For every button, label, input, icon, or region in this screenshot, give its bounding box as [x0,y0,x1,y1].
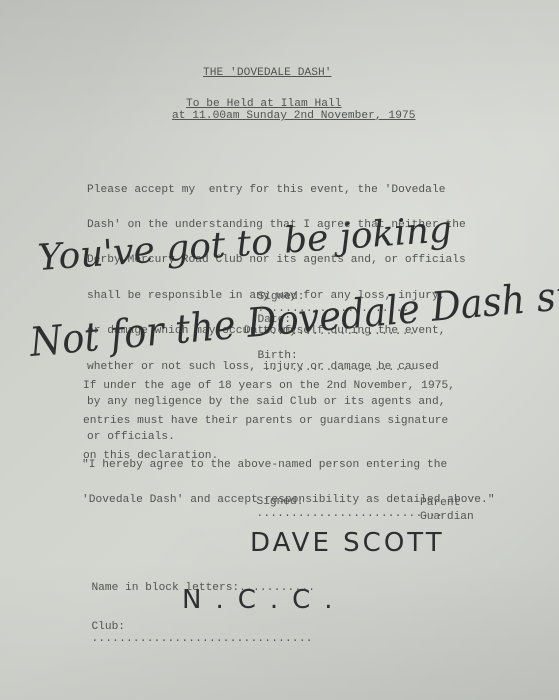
parent-label: Parent [420,497,460,509]
club-label: Club: [91,621,125,633]
handwritten-name: DAVE SCOTT [250,528,445,558]
handwritten-club: N.C.C. [182,585,347,615]
guardian-signed-field: Signed: ........................... [243,484,443,520]
event-datetime: at 11.00am Sunday 2nd November, 1975 [172,111,416,123]
club-dots: ................................ [91,633,312,645]
waiver-line: Please accept my entry for this event, t… [87,185,466,197]
minor-note-line: entries must have their parents or guard… [83,416,455,428]
document-title: THE 'DOVEDALE DASH' [203,68,332,80]
guardian-signed-label: Signed: [256,496,303,508]
guardian-line: "I hereby agree to the above-named perso… [82,460,495,472]
guardian-signed-dots: ........................... [256,508,443,520]
minor-note-line: If under the age of 18 years on the 2nd … [83,381,455,393]
guardian-label: Guardian [420,511,474,523]
